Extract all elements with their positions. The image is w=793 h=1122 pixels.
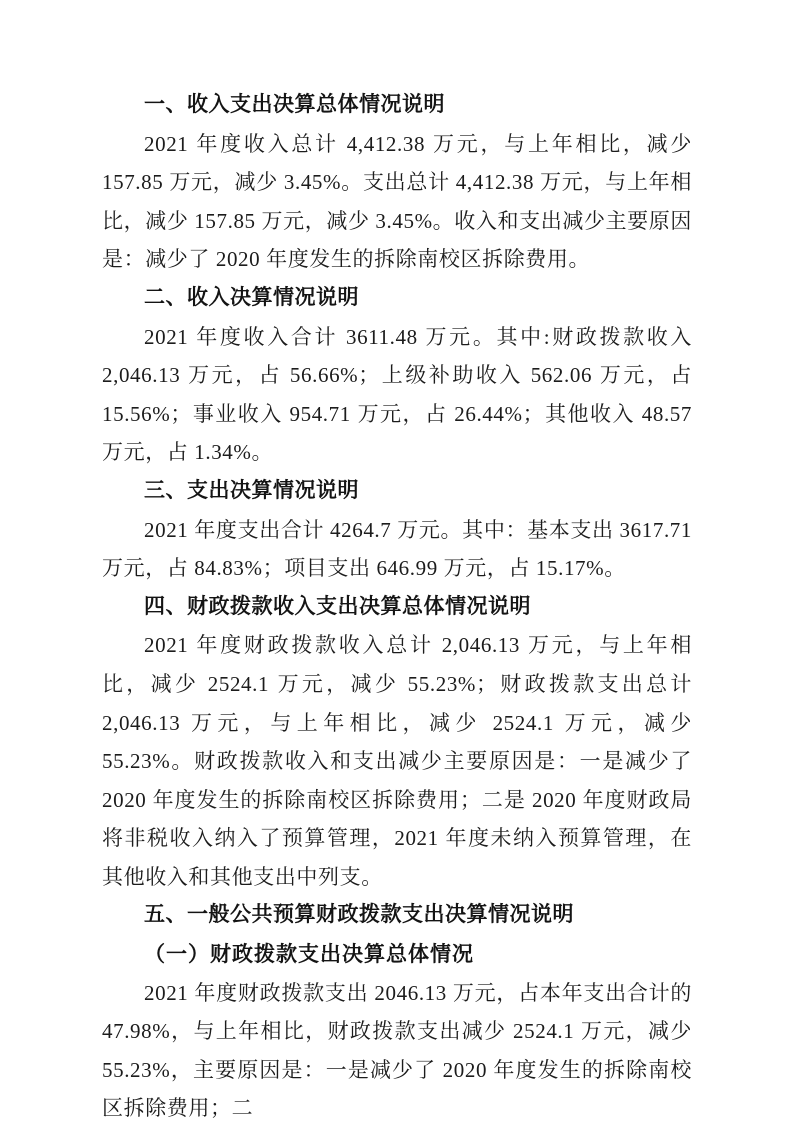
paragraph-income-expenditure-overview: 2021 年度收入总计 4,412.38 万元，与上年相比，减少 157.85 … xyxy=(102,125,692,279)
paragraph-appropriation-expenditure-overview: 2021 年度财政拨款支出 2046.13 万元，占本年支出合计的 47.98%… xyxy=(102,974,692,1122)
section-heading-public-budget-appropriation-expenditure: 五、一般公共预算财政拨款支出决算情况说明 xyxy=(102,896,692,935)
section-heading-income-expenditure-overview: 一、收入支出决算总体情况说明 xyxy=(102,86,692,125)
paragraph-fiscal-appropriation-overview: 2021 年度财政拨款收入总计 2,046.13 万元，与上年相比，减少 252… xyxy=(102,626,692,896)
sub-section-heading-appropriation-expenditure-overview: （一）财政拨款支出决算总体情况 xyxy=(102,935,692,974)
document-page: 一、收入支出决算总体情况说明 2021 年度收入总计 4,412.38 万元，与… xyxy=(0,0,793,1122)
section-heading-expenditure-final-accounts: 三、支出决算情况说明 xyxy=(102,472,692,511)
paragraph-expenditure-final-accounts: 2021 年度支出合计 4264.7 万元。其中：基本支出 3617.71 万元… xyxy=(102,511,692,588)
section-heading-income-final-accounts: 二、收入决算情况说明 xyxy=(102,279,692,318)
section-heading-fiscal-appropriation-overview: 四、财政拨款收入支出决算总体情况说明 xyxy=(102,588,692,627)
paragraph-income-final-accounts: 2021 年度收入合计 3611.48 万元。其中:财政拨款收入 2,046.1… xyxy=(102,318,692,472)
